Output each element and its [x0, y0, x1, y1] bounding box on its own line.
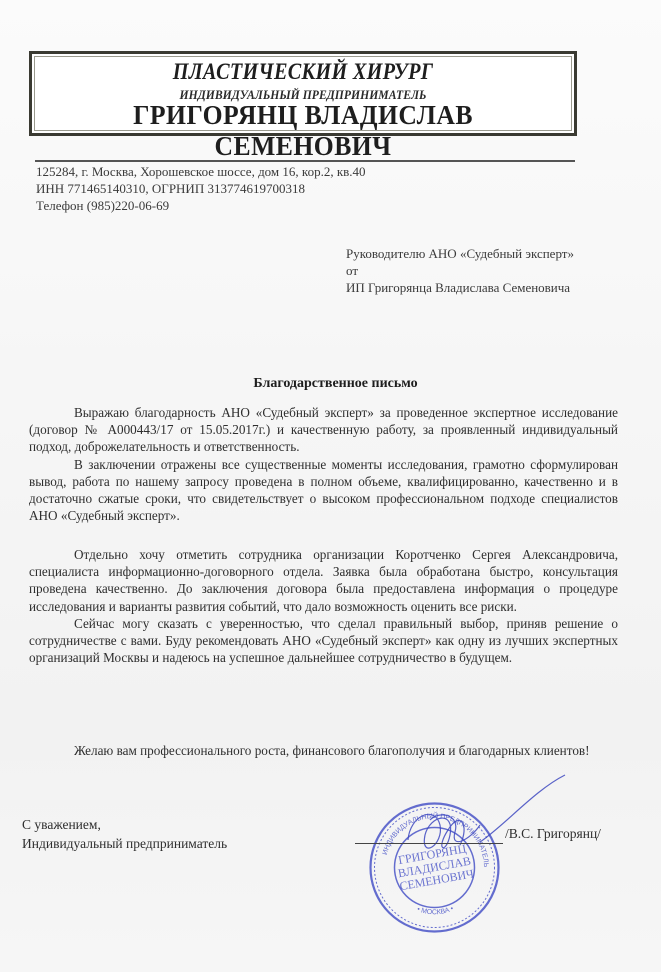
- addressee-recipient: Руководителю АНО «Судебный эксперт»: [346, 245, 574, 262]
- paragraph: Отдельно хочу отметить сотрудника органи…: [29, 546, 618, 615]
- paragraph: В заключении отражены все существенные м…: [29, 456, 618, 525]
- contact-block: 125284, г. Москва, Хорошевское шоссе, до…: [36, 163, 366, 214]
- registry-numbers: ИНН 771465140310, ОГРНИП 313774619700318: [36, 180, 366, 197]
- closing-block: С уважением, Индивидуальный предпринимат…: [22, 815, 227, 853]
- header-divider: [35, 160, 575, 162]
- signature-line: [355, 843, 503, 844]
- closing-regards: С уважением,: [22, 815, 227, 834]
- letter-body-section-3: Желаю вам профессионального роста, финан…: [29, 742, 618, 759]
- addressee-sender: ИП Григорянца Владислава Семеновича: [346, 279, 574, 296]
- letter-body-section-1: Выражаю благодарность АНО «Судебный эксп…: [29, 404, 618, 524]
- addressee-from-label: от: [346, 262, 574, 279]
- addressee-block: Руководителю АНО «Судебный эксперт» от И…: [346, 245, 574, 296]
- letter-body-section-2: Отдельно хочу отметить сотрудника органи…: [29, 546, 618, 666]
- closing-position: Индивидуальный предприниматель: [22, 834, 227, 853]
- paragraph: Сейчас могу сказать с уверенностью, что …: [29, 615, 618, 667]
- letterhead-title: ПЛАСТИЧЕСКИЙ ХИРУРГ: [65, 59, 542, 85]
- letterhead-name: ГРИГОРЯНЦ ВЛАДИСЛАВ СЕМЕНОВИЧ: [46, 100, 561, 162]
- signature-name: /В.С. Григорянц/: [505, 826, 601, 842]
- address: 125284, г. Москва, Хорошевское шоссе, до…: [36, 163, 366, 180]
- paragraph: Выражаю благодарность АНО «Судебный эксп…: [29, 404, 618, 456]
- paragraph: Желаю вам профессионального роста, финан…: [29, 742, 618, 759]
- letterhead-box: ПЛАСТИЧЕСКИЙ ХИРУРГ ИНДИВИДУАЛЬНЫЙ ПРЕДП…: [29, 51, 577, 136]
- phone: Телефон (985)220-06-69: [36, 197, 366, 214]
- letter-title: Благодарственное письмо: [0, 376, 661, 392]
